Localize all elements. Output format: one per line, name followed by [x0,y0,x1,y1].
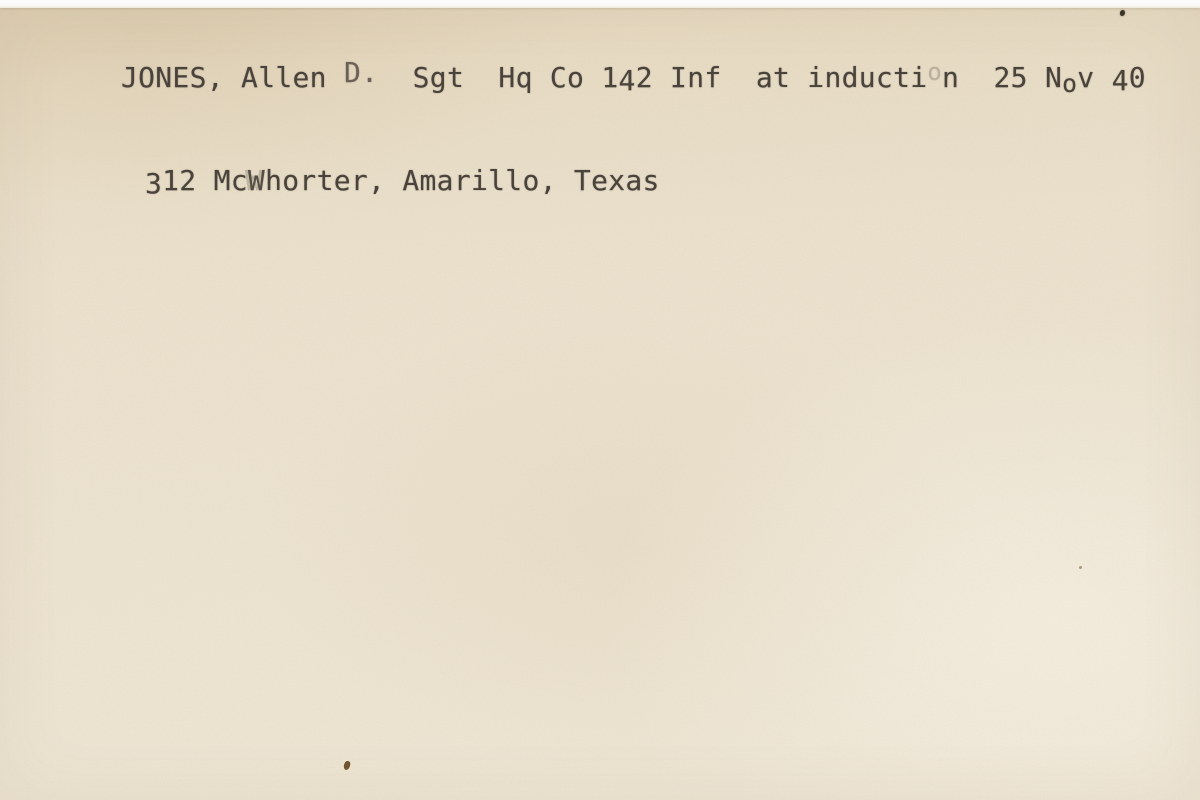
typed-segment: JONES, Allen [121,61,344,94]
typed-text-block: JONES, Allen D. Sgt Hq Co 142 Inf at ind… [18,27,1146,232]
index-card: JONES, Allen D. Sgt Hq Co 142 Inf at ind… [0,0,1200,800]
typed-segment-descending-three: 3 [145,167,162,200]
typed-line-2: 312 McWhorter, Amarillo, Texas [18,130,1146,232]
typed-segment-overstruck-w: W [248,164,265,197]
typed-segment: n 25 N [942,61,1062,94]
typed-segment-faint-o: o [927,58,942,86]
typed-segment: horter, Amarillo, Texas [265,164,660,197]
typed-segment: 12 Mc [162,164,248,197]
typed-segment-descending-four: 4 [619,64,636,97]
scan-edge-strip [0,0,1200,8]
typed-segment-descending-four: 4 [1112,64,1129,97]
typed-segment: v [1077,61,1111,94]
paper-speck [1079,566,1082,569]
typed-segment: 0 [1129,61,1146,94]
paper-speck [1120,10,1125,16]
typed-segment-raised-initial: D. [344,56,378,89]
paper-speck [343,760,351,770]
typed-segment-subscript-o: o [1062,69,1077,98]
typed-segment: Sgt Hq Co 1 [378,61,618,94]
typed-segment: 2 Inf at inducti [636,61,928,94]
typed-line-1: JONES, Allen D. Sgt Hq Co 142 Inf at ind… [18,27,1146,130]
